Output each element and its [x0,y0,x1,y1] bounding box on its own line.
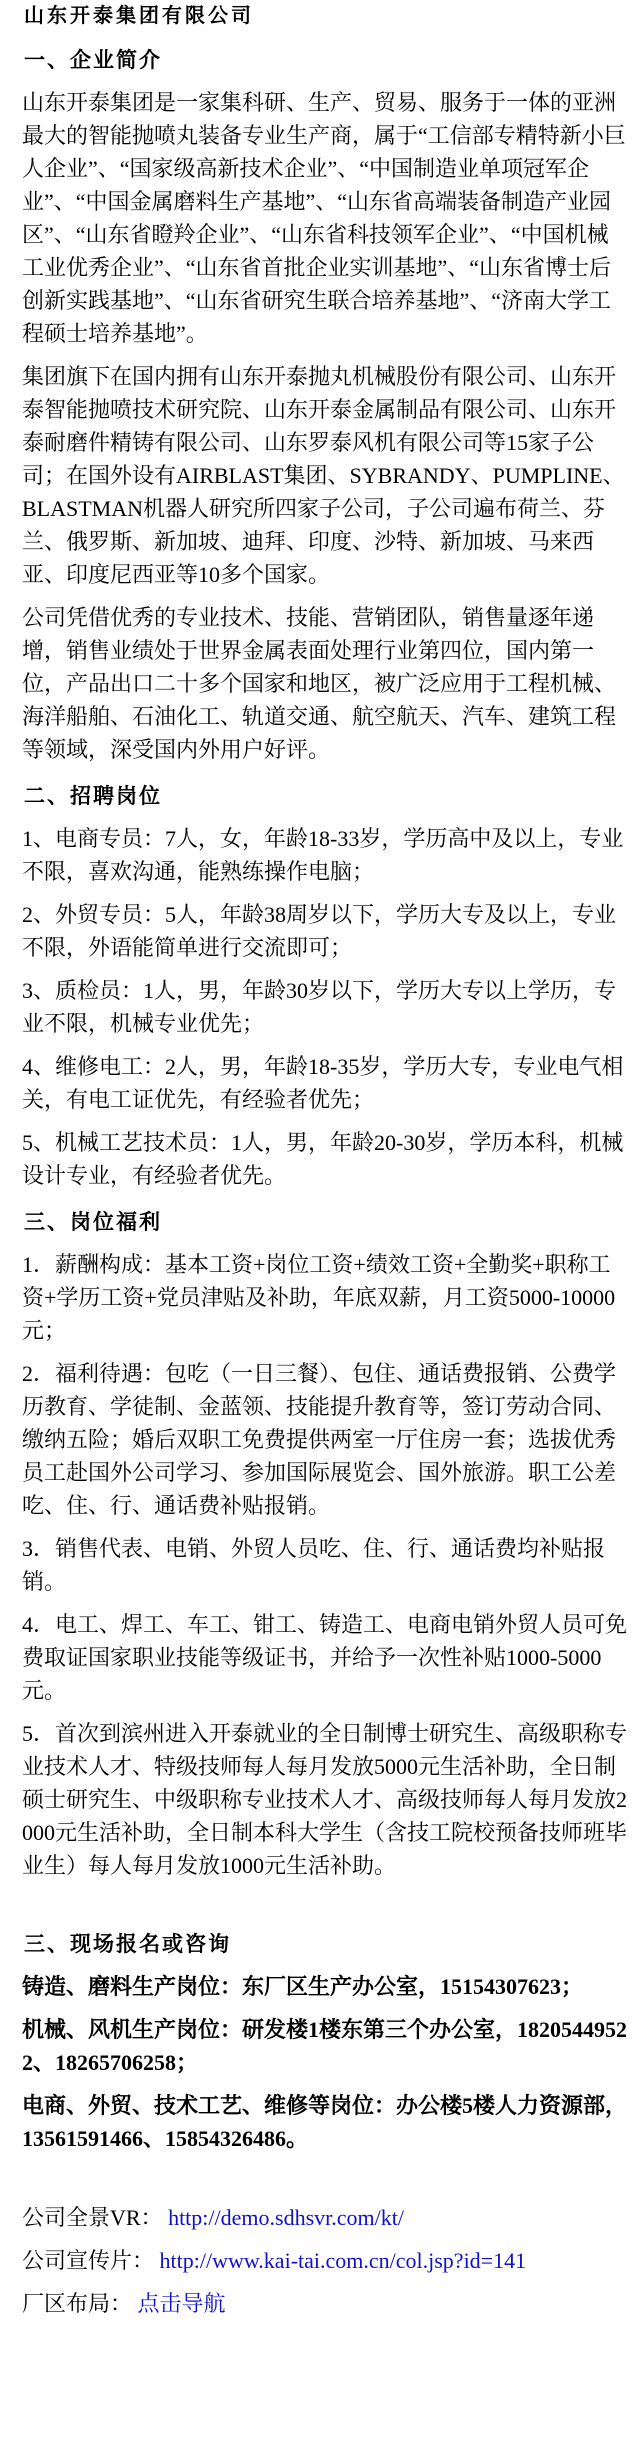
contact-line-machinery-fan: 机械、风机生产岗位：研发楼1楼东第三个办公室，18205449522、18265… [22,2013,630,2079]
link-row-vr: 公司全景VR： http://demo.sdhsvr.com/kt/ [22,2201,630,2234]
job-item-maintenance-electrician: 4、维修电工：2人，男，年龄18-35岁，学历大专，专业电气相关，有电工证优先，… [22,1050,630,1116]
job-item-quality-inspector: 3、质检员：1人，男，年龄30岁以下，学历大专以上学历，专业不限，机械专业优先； [22,974,630,1040]
link-row-factory-map: 厂区布局： 点击导航 [22,2287,630,2320]
benefit-item-sales-subsidy: 3．销售代表、电销、外贸人员吃、住、行、通话费均补贴报销。 [22,1532,630,1598]
section-onsite-registration: 三、现场报名或咨询 铸造、磨料生产岗位：东厂区生产办公室，15154307623… [22,1930,630,2155]
job-item-ecommerce: 1、电商专员：7人，女，年龄18-33岁，学历高中及以上，专业不限，喜欢沟通，能… [22,822,630,888]
link-row-promo: 公司宣传片： http://www.kai-tai.com.cn/col.jsp… [22,2244,630,2277]
company-intro-heading: 一、企业简介 [24,46,630,76]
vr-link[interactable]: http://demo.sdhsvr.com/kt/ [168,2205,404,2230]
section-company-intro: 一、企业简介 山东开泰集团是一家集科研、生产、贸易、服务于一体的亚洲最大的智能抛… [22,46,630,766]
job-item-mechanical-technician: 5、机械工艺技术员：1人，男，年龄20-30岁，学历本科，机械设计专业，有经验者… [22,1126,630,1192]
promo-video-link[interactable]: http://www.kai-tai.com.cn/col.jsp?id=141 [160,2248,527,2273]
recruitment-heading: 二、招聘岗位 [24,782,630,812]
section-recruitment-positions: 二、招聘岗位 1、电商专员：7人，女，年龄18-33岁，学历高中及以上，专业不限… [22,782,630,1192]
links-block: 公司全景VR： http://demo.sdhsvr.com/kt/ 公司宣传片… [22,2201,630,2320]
factory-map-link-label: 厂区布局： [22,2291,132,2316]
section-position-benefits: 三、岗位福利 1．薪酬构成：基本工资+岗位工资+绩效工资+全勤奖+职称工资+学历… [22,1208,630,1882]
job-item-foreign-trade: 2、外贸专员：5人，年龄38周岁以下，学历大专及以上，专业不限，外语能简单进行交… [22,898,630,964]
company-intro-paragraph: 山东开泰集团是一家集科研、生产、贸易、服务于一体的亚洲最大的智能抛喷丸装备专业生… [22,86,630,350]
promo-link-label: 公司宣传片： [22,2248,154,2273]
benefit-item-certificate-subsidy: 4．电工、焊工、车工、钳工、铸造工、电商电销外贸人员可免费取证国家职业技能等级证… [22,1608,630,1707]
company-subsidiaries-paragraph: 集团旗下在国内拥有山东开泰抛丸机械股份有限公司、山东开泰智能抛喷技术研究院、山东… [22,360,630,591]
contact-line-ecommerce-hr: 电商、外贸、技术工艺、维修等岗位：办公楼5楼人力资源部，13561591466、… [22,2089,630,2155]
page-title: 山东开泰集团有限公司 [24,2,630,30]
benefit-item-welfare: 2．福利待遇：包吃（一日三餐）、包住、通话费报销、公费学历教育、学徒制、金蓝领、… [22,1357,630,1522]
benefits-heading: 三、岗位福利 [24,1208,630,1238]
onsite-registration-heading: 三、现场报名或咨询 [24,1930,630,1960]
benefit-item-living-subsidy: 5．首次到滨州进入开泰就业的全日制博士研究生、高级职称专业技术人才、特级技师每人… [22,1717,630,1882]
factory-map-link[interactable]: 点击导航 [138,2291,226,2316]
contact-line-casting-abrasive: 铸造、磨料生产岗位：东厂区生产办公室，15154307623； [22,1970,630,2003]
document: 山东开泰集团有限公司 一、企业简介 山东开泰集团是一家集科研、生产、贸易、服务于… [0,0,639,2366]
benefit-item-salary: 1．薪酬构成：基本工资+岗位工资+绩效工资+全勤奖+职称工资+学历工资+党员津贴… [22,1248,630,1347]
vr-link-label: 公司全景VR： [22,2205,163,2230]
company-achievements-paragraph: 公司凭借优秀的专业技术、技能、营销团队，销售量逐年递增，销售业绩处于世界金属表面… [22,601,630,766]
